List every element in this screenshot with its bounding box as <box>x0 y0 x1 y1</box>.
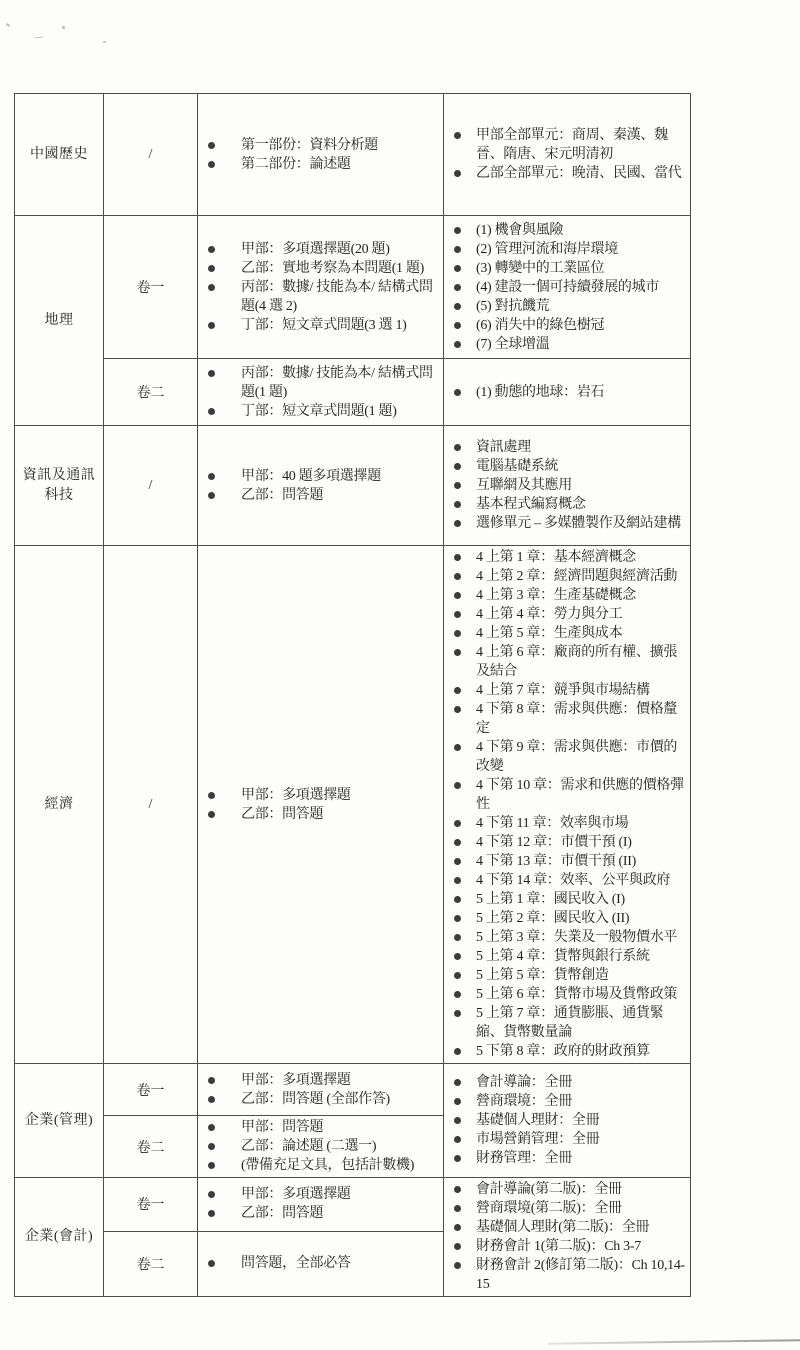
bullet-list: 第一部份：資料分析題第二部份：論述題 <box>202 136 439 174</box>
list-item: 會計導論：全冊 <box>448 1073 686 1092</box>
bullet-icon <box>208 408 215 415</box>
list-item-text: 營商環境：全冊 <box>476 1092 572 1111</box>
bullet-icon <box>454 341 461 348</box>
list-item: 營商環境(第二版)：全冊 <box>448 1199 686 1218</box>
bullet-icon <box>208 1191 215 1198</box>
list-item-text: 營商環境(第二版)：全冊 <box>476 1199 622 1218</box>
list-item: (7) 全球增溫 <box>448 335 686 354</box>
list-item-text: 乙部：問答題 (全部作答) <box>241 1090 390 1109</box>
bullet-list: 甲部：40 題多項選擇題乙部：問答題 <box>202 467 439 505</box>
bullet-icon <box>454 132 461 139</box>
bullet-icon <box>454 744 461 751</box>
scan-edge-line <box>548 1339 800 1345</box>
list-item: 財務會計 2(修訂第二版)：Ch 10,14-15 <box>448 1256 686 1294</box>
bullet-icon <box>208 811 215 818</box>
list-item: 4 上第 3 章：生產基礎概念 <box>448 586 686 605</box>
bullet-icon <box>454 501 461 508</box>
list-item-text: (帶備充足文具，包括計數機) <box>241 1156 414 1175</box>
list-item-text: 會計導論：全冊 <box>476 1073 572 1092</box>
list-item-text: 互聯網及其應用 <box>476 476 572 495</box>
bullet-icon <box>454 1048 461 1055</box>
bullet-icon <box>454 1010 461 1017</box>
bullet-icon <box>454 246 461 253</box>
list-item-text: 4 下第 9 章：需求與供應：市價的改變 <box>476 738 686 776</box>
list-item: 選修單元 – 多媒體製作及網站建構 <box>448 514 686 533</box>
list-item-text: 乙部全部單元：晚清、民國、當代 <box>476 164 682 183</box>
list-item: 4 上第 6 章：廠商的所有權、擴張及結合 <box>448 643 686 681</box>
list-item: 丁部：短文章式問題(1 題) <box>202 402 439 421</box>
list-item: 營商環境：全冊 <box>448 1092 686 1111</box>
bullet-icon <box>208 1124 215 1131</box>
list-item-text: 4 下第 14 章：效率、公平與政府 <box>476 871 670 890</box>
bullet-icon <box>454 1262 461 1269</box>
bullet-list: 丙部：數據/ 技能為本/ 結構式問題(1 題)丁部：短文章式問題(1 題) <box>202 364 439 421</box>
bullet-list: 4 上第 1 章：基本經濟概念4 上第 2 章：經濟問題與經濟活動4 上第 3 … <box>448 548 686 1061</box>
list-item: 第一部份：資料分析題 <box>202 136 439 155</box>
bullet-icon <box>208 473 215 480</box>
bullet-icon <box>454 1079 461 1086</box>
list-item: 甲部：問答題 <box>202 1118 439 1137</box>
format-cell: 甲部：多項選擇題(20 題)乙部：實地考察為本問題(1 題)丙部：數據/ 技能為… <box>198 216 444 359</box>
list-item-text: 5 上第 2 章：國民收入 (II) <box>476 909 629 928</box>
list-item: 5 上第 1 章：國民收入 (I) <box>448 890 686 909</box>
bullet-list: 甲部全部單元：商周、秦漢、魏晉、隋唐、宋元明清初乙部全部單元：晚清、民國、當代 <box>448 126 686 183</box>
bullet-list: 甲部：多項選擇題(20 題)乙部：實地考察為本問題(1 題)丙部：數據/ 技能為… <box>202 240 439 335</box>
list-item: 資訊處理 <box>448 438 686 457</box>
list-item: 會計導論(第二版)：全冊 <box>448 1180 686 1199</box>
bullet-icon <box>454 915 461 922</box>
bullet-icon <box>454 1098 461 1105</box>
table-row: 經濟 / 甲部：多項選擇題乙部：問答題 4 上第 1 章：基本經濟概念4 上第 … <box>15 546 691 1064</box>
bullet-list: 會計導論(第二版)：全冊營商環境(第二版)：全冊基礎個人理財(第二版)：全冊財務… <box>448 1180 686 1294</box>
paper-cell: / <box>104 94 198 216</box>
list-item-text: 4 上第 7 章：競爭與市場結構 <box>476 681 650 700</box>
list-item-text: 4 上第 3 章：生產基礎概念 <box>476 586 636 605</box>
bullet-icon <box>208 142 215 149</box>
list-item-text: (1) 動態的地球：岩石 <box>476 383 604 402</box>
paper-cell: / <box>104 426 198 546</box>
list-item: 甲部：多項選擇題 <box>202 1071 439 1090</box>
list-item-text: 基礎個人理財：全冊 <box>476 1111 599 1130</box>
scan-speck <box>34 37 43 39</box>
list-item: 5 上第 7 章：通貨膨脹、通貨緊縮、貨幣數量論 <box>448 1004 686 1042</box>
list-item-text: 基本程式編寫概念 <box>476 495 586 514</box>
list-item: 丁部：短文章式問題(3 選 1) <box>202 316 439 335</box>
list-item: 甲部：40 題多項選擇題 <box>202 467 439 486</box>
bullet-icon <box>454 630 461 637</box>
list-item-text: (7) 全球增溫 <box>476 335 549 354</box>
list-item: 5 上第 4 章：貨幣與銀行系統 <box>448 947 686 966</box>
list-item: 4 上第 4 章：勞力與分工 <box>448 605 686 624</box>
list-item-text: 會計導論(第二版)：全冊 <box>476 1180 622 1199</box>
list-item: 5 上第 5 章：貨幣創造 <box>448 966 686 985</box>
list-item: 乙部：問答題 (全部作答) <box>202 1090 439 1109</box>
list-item-text: (3) 轉變中的工業區位 <box>476 259 604 278</box>
bullet-icon <box>454 991 461 998</box>
units-cell: 4 上第 1 章：基本經濟概念4 上第 2 章：經濟問題與經濟活動4 上第 3 … <box>444 546 691 1064</box>
list-item-text: (1) 機會與風險 <box>476 221 563 240</box>
bullet-icon <box>454 573 461 580</box>
list-item-text: 4 上第 2 章：經濟問題與經濟活動 <box>476 567 677 586</box>
bullet-icon <box>454 303 461 310</box>
list-item-text: (2) 管理河流和海岸環境 <box>476 240 618 259</box>
list-item-text: 乙部：問答題 <box>241 1204 323 1223</box>
list-item: 乙部：問答題 <box>202 486 439 505</box>
list-item: 4 上第 1 章：基本經濟概念 <box>448 548 686 567</box>
bullet-icon <box>208 1143 215 1150</box>
subject-cell: 資訊及通訊科技 <box>15 426 104 546</box>
list-item-text: 甲部：問答題 <box>241 1118 323 1137</box>
list-item-text: 4 下第 10 章：需求和供應的價格彈性 <box>476 776 686 814</box>
list-item-text: 資訊處理 <box>476 438 531 457</box>
paper-cell: 卷一 <box>104 1178 198 1232</box>
bullet-icon <box>454 858 461 865</box>
paper-cell: 卷一 <box>104 216 198 359</box>
list-item: 電腦基礎系統 <box>448 457 686 476</box>
subject-cell: 經濟 <box>15 546 104 1064</box>
bullet-list: 甲部：多項選擇題乙部：問答題 <box>202 1185 439 1223</box>
list-item: 4 下第 13 章：市價干預 (II) <box>448 852 686 871</box>
bullet-icon <box>454 972 461 979</box>
list-item: 乙部：問答題 <box>202 805 439 824</box>
list-item-text: 5 上第 4 章：貨幣與銀行系統 <box>476 947 650 966</box>
list-item: (帶備充足文具，包括計數機) <box>202 1156 439 1175</box>
bullet-icon <box>454 482 461 489</box>
list-item: (5) 對抗饑荒 <box>448 297 686 316</box>
bullet-icon <box>208 1162 215 1169</box>
list-item: 乙部：問答題 <box>202 1204 439 1223</box>
bullet-icon <box>454 284 461 291</box>
list-item-text: 乙部：論述題 (二選一) <box>241 1137 376 1156</box>
list-item: 4 下第 12 章：市價干預 (I) <box>448 833 686 852</box>
list-item: 4 下第 8 章：需求與供應：價格釐定 <box>448 700 686 738</box>
list-item: (3) 轉變中的工業區位 <box>448 259 686 278</box>
bullet-icon <box>454 463 461 470</box>
list-item: 基礎個人理財(第二版)：全冊 <box>448 1218 686 1237</box>
list-item: 甲部：多項選擇題 <box>202 786 439 805</box>
bullet-icon <box>454 1155 461 1162</box>
list-item-text: 財務會計 1(第二版)：Ch 3-7 <box>476 1237 641 1256</box>
bullet-icon <box>454 896 461 903</box>
list-item-text: (6) 消失中的綠色樹冠 <box>476 316 604 335</box>
paper-cell: 卷二 <box>104 1116 198 1178</box>
list-item-text: 5 下第 8 章：政府的財政預算 <box>476 1042 650 1061</box>
bullet-icon <box>454 649 461 656</box>
bullet-icon <box>454 554 461 561</box>
list-item-text: 4 下第 13 章：市價干預 (II) <box>476 852 636 871</box>
list-item-text: (5) 對抗饑荒 <box>476 297 549 316</box>
bullet-list: 甲部：多項選擇題乙部：問答題 <box>202 786 439 824</box>
list-item: 4 上第 5 章：生產與成本 <box>448 624 686 643</box>
list-item: 5 上第 3 章：失業及一般物價水平 <box>448 928 686 947</box>
bullet-icon <box>454 1117 461 1124</box>
list-item: 甲部全部單元：商周、秦漢、魏晉、隋唐、宋元明清初 <box>448 126 686 164</box>
units-cell: 甲部全部單元：商周、秦漢、魏晉、隋唐、宋元明清初乙部全部單元：晚清、民國、當代 <box>444 94 691 216</box>
syllabus-table: 中國歷史 / 第一部份：資料分析題第二部份：論述題 甲部全部單元：商周、秦漢、魏… <box>14 93 691 1297</box>
paper-cell: 卷二 <box>104 1231 198 1296</box>
list-item: 互聯網及其應用 <box>448 476 686 495</box>
scan-speck <box>6 23 10 27</box>
list-item: 乙部：論述題 (二選一) <box>202 1137 439 1156</box>
list-item: 財務會計 1(第二版)：Ch 3-7 <box>448 1237 686 1256</box>
list-item: 4 下第 10 章：需求和供應的價格彈性 <box>448 776 686 814</box>
list-item: 乙部全部單元：晚清、民國、當代 <box>448 164 686 183</box>
list-item-text: 丙部：數據/ 技能為本/ 結構式問題(4 選 2) <box>241 278 439 316</box>
bullet-icon <box>454 839 461 846</box>
list-item-text: 4 上第 5 章：生產與成本 <box>476 624 622 643</box>
list-item-text: 乙部：問答題 <box>241 805 323 824</box>
bullet-icon <box>454 227 461 234</box>
list-item: 第二部份：論述題 <box>202 155 439 174</box>
bullet-list: 甲部：問答題乙部：論述題 (二選一)(帶備充足文具，包括計數機) <box>202 1118 439 1175</box>
bullet-icon <box>454 322 461 329</box>
list-item-text: 乙部：問答題 <box>241 486 323 505</box>
bullet-icon <box>454 706 461 713</box>
bullet-icon <box>208 161 215 168</box>
format-cell: 丙部：數據/ 技能為本/ 結構式問題(1 題)丁部：短文章式問題(1 題) <box>198 359 444 426</box>
list-item-text: 5 上第 1 章：國民收入 (I) <box>476 890 625 909</box>
list-item-text: (4) 建設一個可持續發展的城市 <box>476 278 659 297</box>
bullet-icon <box>454 687 461 694</box>
list-item: (6) 消失中的綠色樹冠 <box>448 316 686 335</box>
list-item: 財務管理：全冊 <box>448 1149 686 1168</box>
bullet-icon <box>208 246 215 253</box>
format-cell: 問答題，全部必答 <box>198 1231 444 1296</box>
list-item: 4 上第 2 章：經濟問題與經濟活動 <box>448 567 686 586</box>
list-item-text: 4 上第 4 章：勞力與分工 <box>476 605 622 624</box>
format-cell: 第一部份：資料分析題第二部份：論述題 <box>198 94 444 216</box>
list-item: 丙部：數據/ 技能為本/ 結構式問題(1 題) <box>202 364 439 402</box>
bullet-icon <box>454 1186 461 1193</box>
bullet-icon <box>208 322 215 329</box>
list-item-text: 4 上第 6 章：廠商的所有權、擴張及結合 <box>476 643 686 681</box>
bullet-icon <box>208 1210 215 1217</box>
table-row: 中國歷史 / 第一部份：資料分析題第二部份：論述題 甲部全部單元：商周、秦漢、魏… <box>15 94 691 216</box>
list-item-text: 甲部：40 題多項選擇題 <box>241 467 381 486</box>
list-item: 4 上第 7 章：競爭與市場結構 <box>448 681 686 700</box>
list-item-text: 5 上第 6 章：貨幣市場及貨幣政策 <box>476 985 677 1004</box>
list-item: 甲部：多項選擇題 <box>202 1185 439 1204</box>
units-cell: 會計導論(第二版)：全冊營商環境(第二版)：全冊基礎個人理財(第二版)：全冊財務… <box>444 1178 691 1297</box>
bullet-icon <box>454 265 461 272</box>
bullet-list: (1) 動態的地球：岩石 <box>448 383 686 402</box>
table-row: 企業(管理) 卷一 甲部：多項選擇題乙部：問答題 (全部作答) 會計導論：全冊營… <box>15 1064 691 1116</box>
list-item-text: 問答題，全部必答 <box>241 1254 351 1273</box>
bullet-icon <box>454 820 461 827</box>
bullet-icon <box>208 370 215 377</box>
bullet-icon <box>454 1136 461 1143</box>
list-item: 甲部：多項選擇題(20 題) <box>202 240 439 259</box>
table-row: 地理 卷一 甲部：多項選擇題(20 題)乙部：實地考察為本問題(1 題)丙部：數… <box>15 216 691 359</box>
list-item-text: 5 上第 5 章：貨幣創造 <box>476 966 609 985</box>
bullet-icon <box>454 877 461 884</box>
format-cell: 甲部：問答題乙部：論述題 (二選一)(帶備充足文具，包括計數機) <box>198 1116 444 1178</box>
bullet-icon <box>454 1243 461 1250</box>
paper-cell: 卷一 <box>104 1064 198 1116</box>
list-item: 5 上第 6 章：貨幣市場及貨幣政策 <box>448 985 686 1004</box>
bullet-icon <box>454 782 461 789</box>
bullet-icon <box>208 284 215 291</box>
bullet-icon <box>454 520 461 527</box>
list-item-text: 5 上第 7 章：通貨膨脹、通貨緊縮、貨幣數量論 <box>476 1004 686 1042</box>
list-item: 乙部：實地考察為本問題(1 題) <box>202 259 439 278</box>
list-item-text: 第二部份：論述題 <box>241 155 351 174</box>
list-item-text: 丙部：數據/ 技能為本/ 結構式問題(1 題) <box>241 364 439 402</box>
bullet-list: 會計導論：全冊營商環境：全冊基礎個人理財：全冊市場營銷管理：全冊財務管理：全冊 <box>448 1073 686 1168</box>
scan-speck <box>103 41 106 43</box>
list-item-text: 丁部：短文章式問題(1 題) <box>241 402 397 421</box>
list-item: (1) 機會與風險 <box>448 221 686 240</box>
bullet-icon <box>208 1260 215 1267</box>
table-row: 資訊及通訊科技 / 甲部：40 題多項選擇題乙部：問答題 資訊處理電腦基礎系統互… <box>15 426 691 546</box>
list-item-text: 4 下第 11 章：效率與市場 <box>476 814 628 833</box>
list-item-text: 5 上第 3 章：失業及一般物價水平 <box>476 928 677 947</box>
bullet-icon <box>208 1077 215 1084</box>
scan-speck <box>62 26 65 29</box>
list-item-text: 第一部份：資料分析題 <box>241 136 378 155</box>
bullet-icon <box>454 592 461 599</box>
bullet-list: (1) 機會與風險(2) 管理河流和海岸環境(3) 轉變中的工業區位(4) 建設… <box>448 221 686 354</box>
units-cell: (1) 機會與風險(2) 管理河流和海岸環境(3) 轉變中的工業區位(4) 建設… <box>444 216 691 359</box>
list-item: 5 上第 2 章：國民收入 (II) <box>448 909 686 928</box>
list-item-text: 基礎個人理財(第二版)：全冊 <box>476 1218 649 1237</box>
subject-cell: 中國歷史 <box>15 94 104 216</box>
list-item-text: 丁部：短文章式問題(3 選 1) <box>241 316 407 335</box>
subject-cell: 企業(會計) <box>15 1178 104 1297</box>
subject-cell: 企業(管理) <box>15 1064 104 1178</box>
format-cell: 甲部：多項選擇題乙部：問答題 <box>198 1178 444 1232</box>
format-cell: 甲部：40 題多項選擇題乙部：問答題 <box>198 426 444 546</box>
list-item: 基本程式編寫概念 <box>448 495 686 514</box>
list-item-text: 4 上第 1 章：基本經濟概念 <box>476 548 636 567</box>
bullet-icon <box>454 170 461 177</box>
format-cell: 甲部：多項選擇題乙部：問答題 (全部作答) <box>198 1064 444 1116</box>
list-item: 問答題，全部必答 <box>202 1254 439 1273</box>
bullet-icon <box>454 934 461 941</box>
list-item-text: 4 下第 8 章：需求與供應：價格釐定 <box>476 700 686 738</box>
units-cell: 會計導論：全冊營商環境：全冊基礎個人理財：全冊市場營銷管理：全冊財務管理：全冊 <box>444 1064 691 1178</box>
list-item: (4) 建設一個可持續發展的城市 <box>448 278 686 297</box>
list-item-text: 甲部：多項選擇題 <box>241 1185 351 1204</box>
units-cell: (1) 動態的地球：岩石 <box>444 359 691 426</box>
format-cell: 甲部：多項選擇題乙部：問答題 <box>198 546 444 1064</box>
bullet-icon <box>208 792 215 799</box>
list-item: 4 下第 11 章：效率與市場 <box>448 814 686 833</box>
list-item-text: 甲部全部單元：商周、秦漢、魏晉、隋唐、宋元明清初 <box>476 126 686 164</box>
bullet-list: 甲部：多項選擇題乙部：問答題 (全部作答) <box>202 1071 439 1109</box>
bullet-list: 問答題，全部必答 <box>202 1254 439 1273</box>
list-item: 4 下第 9 章：需求與供應：市價的改變 <box>448 738 686 776</box>
list-item-text: 4 下第 12 章：市價干預 (I) <box>476 833 632 852</box>
list-item-text: 甲部：多項選擇題(20 題) <box>241 240 390 259</box>
list-item: 基礎個人理財：全冊 <box>448 1111 686 1130</box>
list-item-text: 選修單元 – 多媒體製作及網站建構 <box>476 514 681 533</box>
bullet-icon <box>454 953 461 960</box>
list-item-text: 乙部：實地考察為本問題(1 題) <box>241 259 424 278</box>
list-item: 4 下第 14 章：效率、公平與政府 <box>448 871 686 890</box>
list-item-text: 電腦基礎系統 <box>476 457 558 476</box>
paper-cell: / <box>104 546 198 1064</box>
units-cell: 資訊處理電腦基礎系統互聯網及其應用基本程式編寫概念選修單元 – 多媒體製作及網站… <box>444 426 691 546</box>
list-item: (2) 管理河流和海岸環境 <box>448 240 686 259</box>
list-item: 5 下第 8 章：政府的財政預算 <box>448 1042 686 1061</box>
bullet-icon <box>454 611 461 618</box>
list-item-text: 財務管理：全冊 <box>476 1149 572 1168</box>
paper-cell: 卷二 <box>104 359 198 426</box>
bullet-icon <box>208 492 215 499</box>
list-item-text: 甲部：多項選擇題 <box>241 1071 351 1090</box>
bullet-icon <box>454 1205 461 1212</box>
bullet-list: 資訊處理電腦基礎系統互聯網及其應用基本程式編寫概念選修單元 – 多媒體製作及網站… <box>448 438 686 533</box>
bullet-icon <box>208 265 215 272</box>
table-row: 卷二 丙部：數據/ 技能為本/ 結構式問題(1 題)丁部：短文章式問題(1 題)… <box>15 359 691 426</box>
bullet-icon <box>454 1224 461 1231</box>
list-item-text: 財務會計 2(修訂第二版)：Ch 10,14-15 <box>476 1256 686 1294</box>
list-item-text: 甲部：多項選擇題 <box>241 786 351 805</box>
bullet-icon <box>454 389 461 396</box>
list-item: (1) 動態的地球：岩石 <box>448 383 686 402</box>
bullet-icon <box>454 444 461 451</box>
list-item-text: 市場營銷管理：全冊 <box>476 1130 599 1149</box>
subject-cell: 地理 <box>15 216 104 426</box>
table-row: 企業(會計) 卷一 甲部：多項選擇題乙部：問答題 會計導論(第二版)：全冊營商環… <box>15 1178 691 1232</box>
list-item: 市場營銷管理：全冊 <box>448 1130 686 1149</box>
list-item: 丙部：數據/ 技能為本/ 結構式問題(4 選 2) <box>202 278 439 316</box>
bullet-icon <box>208 1096 215 1103</box>
